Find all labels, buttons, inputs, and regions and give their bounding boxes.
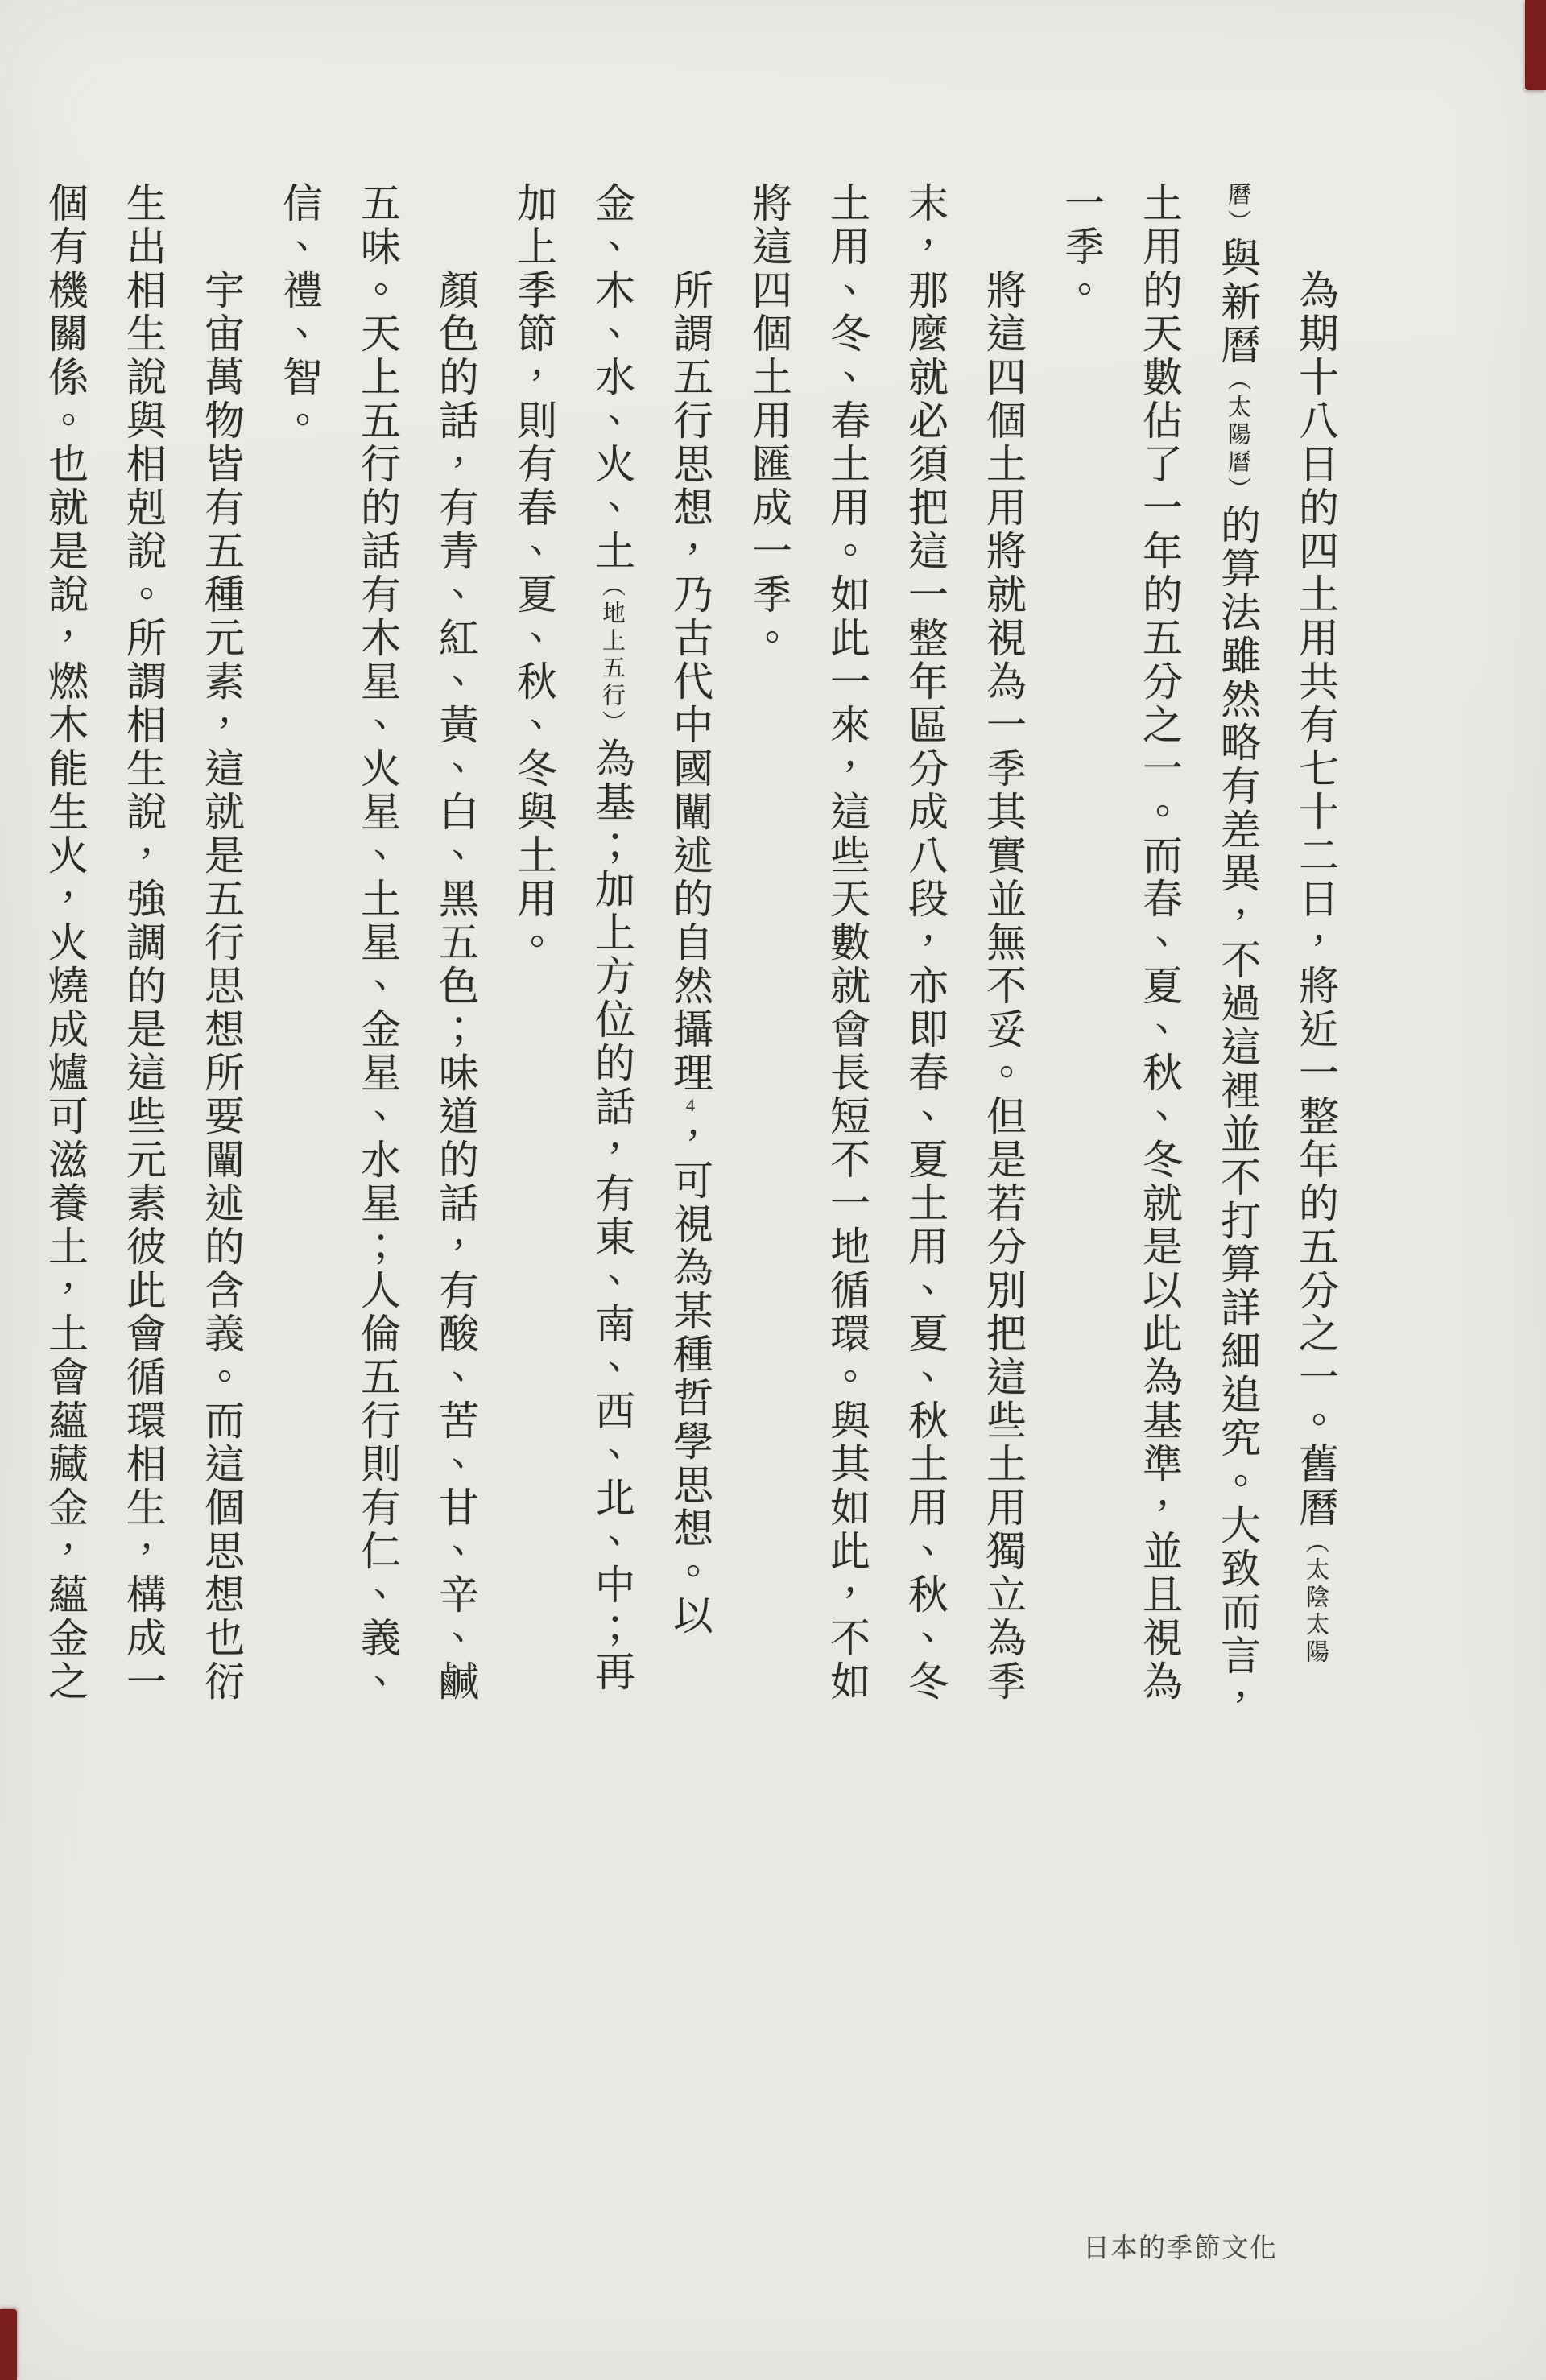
text-column: 曆︶與新曆︵太陽曆︶的算法雖然略有差異，不過這裡並不打算詳細追究。大致而言， xyxy=(1198,182,1276,1712)
text-segment: 五味。天上五行的話有木星、火星、土星、金星、水星；人倫五行則有仁、義、 xyxy=(355,182,400,1704)
text-segment: ，可視為某種哲學思想。以 xyxy=(668,1116,713,1638)
text-column: 信、禮、智。 xyxy=(260,182,338,1712)
text-segment: 為基；加上方位的話，有東、南、西、北、中；再 xyxy=(589,738,635,1694)
text-segment: 末，那麼就必須把這一整年區分成八段，亦即春、夏土用、夏、秋土用、秋、冬 xyxy=(903,182,948,1704)
text-segment: 信、禮、智。 xyxy=(277,182,322,443)
scan-edge-artifact-bottom-left xyxy=(0,2309,17,2380)
text-column: 所謂五行思想，乃古代中國闡述的自然攝理4，可視為某種哲學思想。以 xyxy=(651,182,730,1712)
text-segment: 土用的天數佔了一年的五分之一。而春、夏、秋、冬就是以此為基準，並且視為 xyxy=(1137,182,1182,1704)
text-segment: 金、木、水、火、土 xyxy=(589,182,635,573)
text-segment: 的算法雖然略有差異，不過這裡並不打算詳細追究。大致而言， xyxy=(1215,504,1260,1721)
text-segment: 將這四個土用匯成一季。 xyxy=(746,182,792,660)
text-column: 金、木、水、火、土︵地上五行︶為基；加上方位的話，有東、南、西、北、中；再 xyxy=(573,182,651,1712)
text-segment: 個有機關係。也就是說，燃木能生火，火燒成爐可滋養土，土會蘊藏金，蘊金之 xyxy=(43,182,88,1704)
text-segment: 加上季節，則有春、夏、秋、冬與土用。 xyxy=(511,182,556,965)
inline-annotation: ︵太陰太陽 xyxy=(1303,1530,1329,1667)
text-column: 為期十八日的四土用共有七十二日，將近一整年的五分之一。舊曆︵太陰太陽 xyxy=(1276,182,1354,1712)
text-column: 土用、冬、春土用。如此一來，這些天數就會長短不一地循環。與其如此，不如 xyxy=(808,182,886,1712)
footnote-marker: 4 xyxy=(680,1095,701,1116)
text-segment: 為期十八日的四土用共有七十二日，將近一整年的五分之一。舊曆 xyxy=(1293,269,1338,1530)
text-column: 土用的天數佔了一年的五分之一。而春、夏、秋、冬就是以此為基準，並且視為 xyxy=(1120,182,1198,1712)
inline-annotation: ︵地上五行︶ xyxy=(599,573,625,738)
page-footer-title: 日本的季節文化 xyxy=(1083,2227,1278,2265)
text-column: 顏色的話，有青、紅、黃、白、黑五色；味道的話，有酸、苦、甘、辛、鹹 xyxy=(416,182,494,1712)
text-column: 個有機關係。也就是說，燃木能生火，火燒成爐可滋養土，土會蘊藏金，蘊金之 xyxy=(26,182,104,1712)
body-text: 為期十八日的四土用共有七十二日，將近一整年的五分之一。舊曆︵太陰太陽曆︶與新曆︵… xyxy=(18,182,1354,1712)
text-column: 五味。天上五行的話有木星、火星、土星、金星、水星；人倫五行則有仁、義、 xyxy=(338,182,416,1712)
text-column: 加上季節，則有春、夏、秋、冬與土用。 xyxy=(494,182,573,1712)
text-column: 生出相生說與相剋說。所謂相生說，強調的是這些元素彼此會循環相生，構成一 xyxy=(104,182,182,1712)
text-segment: 所謂五行思想，乃古代中國闡述的自然攝理 xyxy=(668,269,713,1095)
text-segment: 土用、冬、春土用。如此一來，這些天數就會長短不一地循環。與其如此，不如 xyxy=(825,182,870,1704)
text-segment: 宇宙萬物皆有五種元素，這就是五行思想所要闡述的含義。而這個思想也衍 xyxy=(199,269,244,1704)
inline-annotation: 曆︶ xyxy=(1225,182,1250,237)
text-column: 將這四個土用將就視為一季其實並無不妥。但是若分別把這些土用獨立為季 xyxy=(964,182,1042,1712)
book-page-scan: 為期十八日的四土用共有七十二日，將近一整年的五分之一。舊曆︵太陰太陽曆︶與新曆︵… xyxy=(0,0,1546,2380)
text-segment: 一季。 xyxy=(1059,182,1104,312)
text-segment: 將這四個土用將就視為一季其實並無不妥。但是若分別把這些土用獨立為季 xyxy=(981,269,1026,1704)
text-column: 將這四個土用匯成一季。 xyxy=(730,182,808,1712)
text-column: 末，那麼就必須把這一整年區分成八段，亦即春、夏土用、夏、秋土用、秋、冬 xyxy=(886,182,964,1712)
text-segment: 與新曆 xyxy=(1215,237,1260,367)
inline-annotation: ︵太陽曆︶ xyxy=(1225,367,1250,504)
scan-edge-artifact-top-right xyxy=(1525,0,1546,90)
text-column: 宇宙萬物皆有五種元素，這就是五行思想所要闡述的含義。而這個思想也衍 xyxy=(182,182,260,1712)
text-column: 一季。 xyxy=(1042,182,1120,1712)
text-segment: 生出相生說與相剋說。所謂相生說，強調的是這些元素彼此會循環相生，構成一 xyxy=(121,182,166,1704)
text-segment: 顏色的話，有青、紅、黃、白、黑五色；味道的話，有酸、苦、甘、辛、鹹 xyxy=(433,269,478,1704)
